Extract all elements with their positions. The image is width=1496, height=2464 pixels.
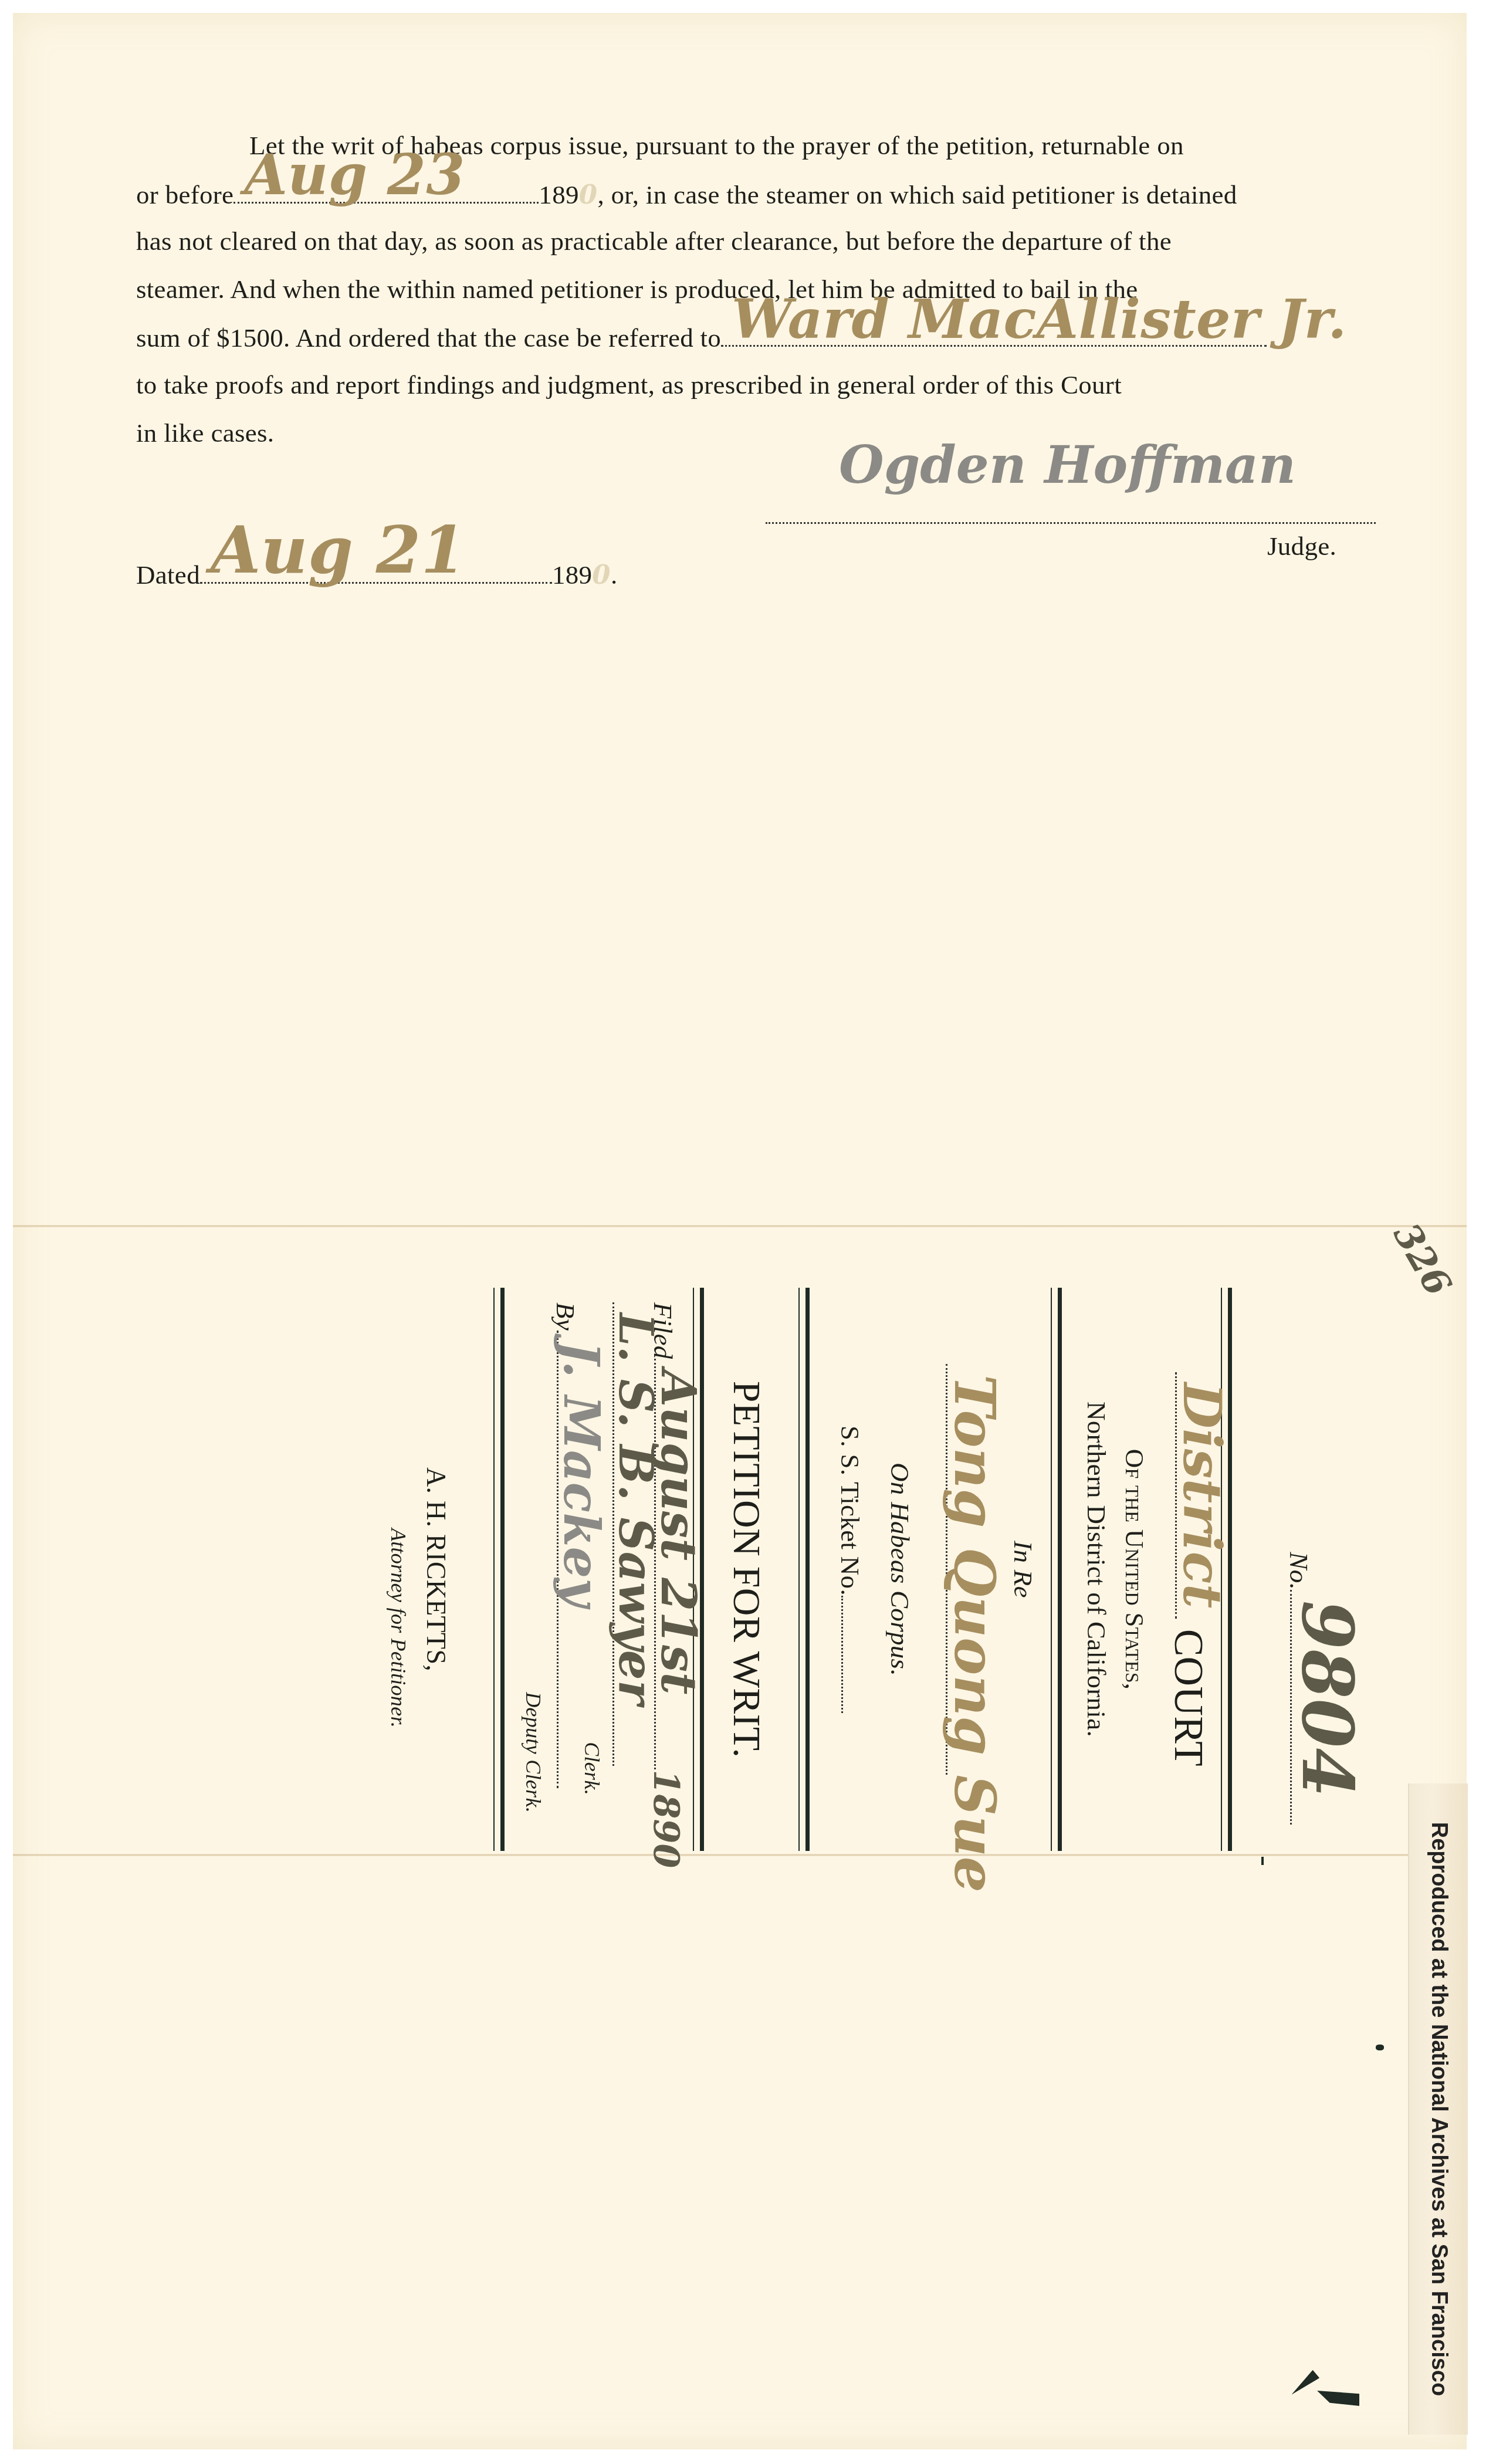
order-line-3: has not cleared on that day, as soon as … [136,226,1380,256]
order-line-5: sum of $1500. And ordered that the case … [136,321,1380,353]
ink-speck [1376,2045,1384,2050]
judge-signature: Ogden Hoffman [839,434,1296,495]
archive-stamp-text: Reproduced at the National Archives at S… [1426,1822,1451,2396]
dated-line: DatedAug 211890. [136,559,1380,590]
court-type-field: District [1175,1372,1210,1619]
rule-2 [1051,1288,1062,1851]
attorney-role: Attorney for Petitioner. [386,1267,411,1871]
court-row: District COURT [1165,1267,1211,1871]
judge-label: Judge. [1267,531,1336,561]
case-number-field: 9804 [1290,1590,1313,1825]
petitioner-field: Tong Quong Sue [946,1364,983,1775]
return-date-field: Aug 23 [233,178,539,204]
case-number-handwritten: 9804 [1286,1600,1369,1797]
return-date-handwritten: Aug 23 [244,143,465,208]
dated-handwritten: Aug 21 [211,512,466,588]
referee-handwritten: Ward MacAllister Jr. [732,287,1346,351]
rule-5 [493,1288,505,1851]
ink-speck [1261,1857,1264,1865]
ticket-row: S. S. Ticket No. [835,1267,865,1871]
dated-field: Aug 21 [200,559,552,584]
habeas-row: On Habeas Corpus. [885,1267,915,1871]
rule-3 [798,1288,810,1851]
signature-line [766,522,1376,524]
fold-line-upper [13,1225,1467,1227]
document-title: PETITION FOR WRIT. [724,1267,769,1871]
endorsement-panel: No.9804 District COURT Of the United Sta… [317,1267,1349,1830]
district-row: Northern District of California. [1081,1267,1112,1871]
deputy-row: ByJ. Mackey [550,1267,581,1871]
attorney-name: A. H. RICKETTS, [421,1267,452,1871]
united-states-row: Of the United States, [1119,1267,1150,1871]
in-re-label: In Re [1008,1267,1038,1871]
deputy-field: J. Mackey [557,1331,578,1788]
clerk-field: L. S. B. Sawyer [612,1302,634,1766]
petitioner-row: Tong Quong Sue [943,1267,983,1871]
deputy-label: Deputy Clerk. [521,1267,546,1871]
petitioner-handwritten: Tong Quong Sue [942,1375,1008,1893]
order-line-6: to take proofs and report findings and j… [136,370,1380,400]
order-line-2: or beforeAug 231890, or, in case the ste… [136,178,1380,210]
case-number-row: No.9804 [1284,1267,1314,1871]
archive-stamp-strip: Reproduced at the National Archives at S… [1408,1783,1468,2435]
referee-field: Ward MacAllister Jr. [721,321,1267,347]
ticket-field [841,1596,861,1713]
